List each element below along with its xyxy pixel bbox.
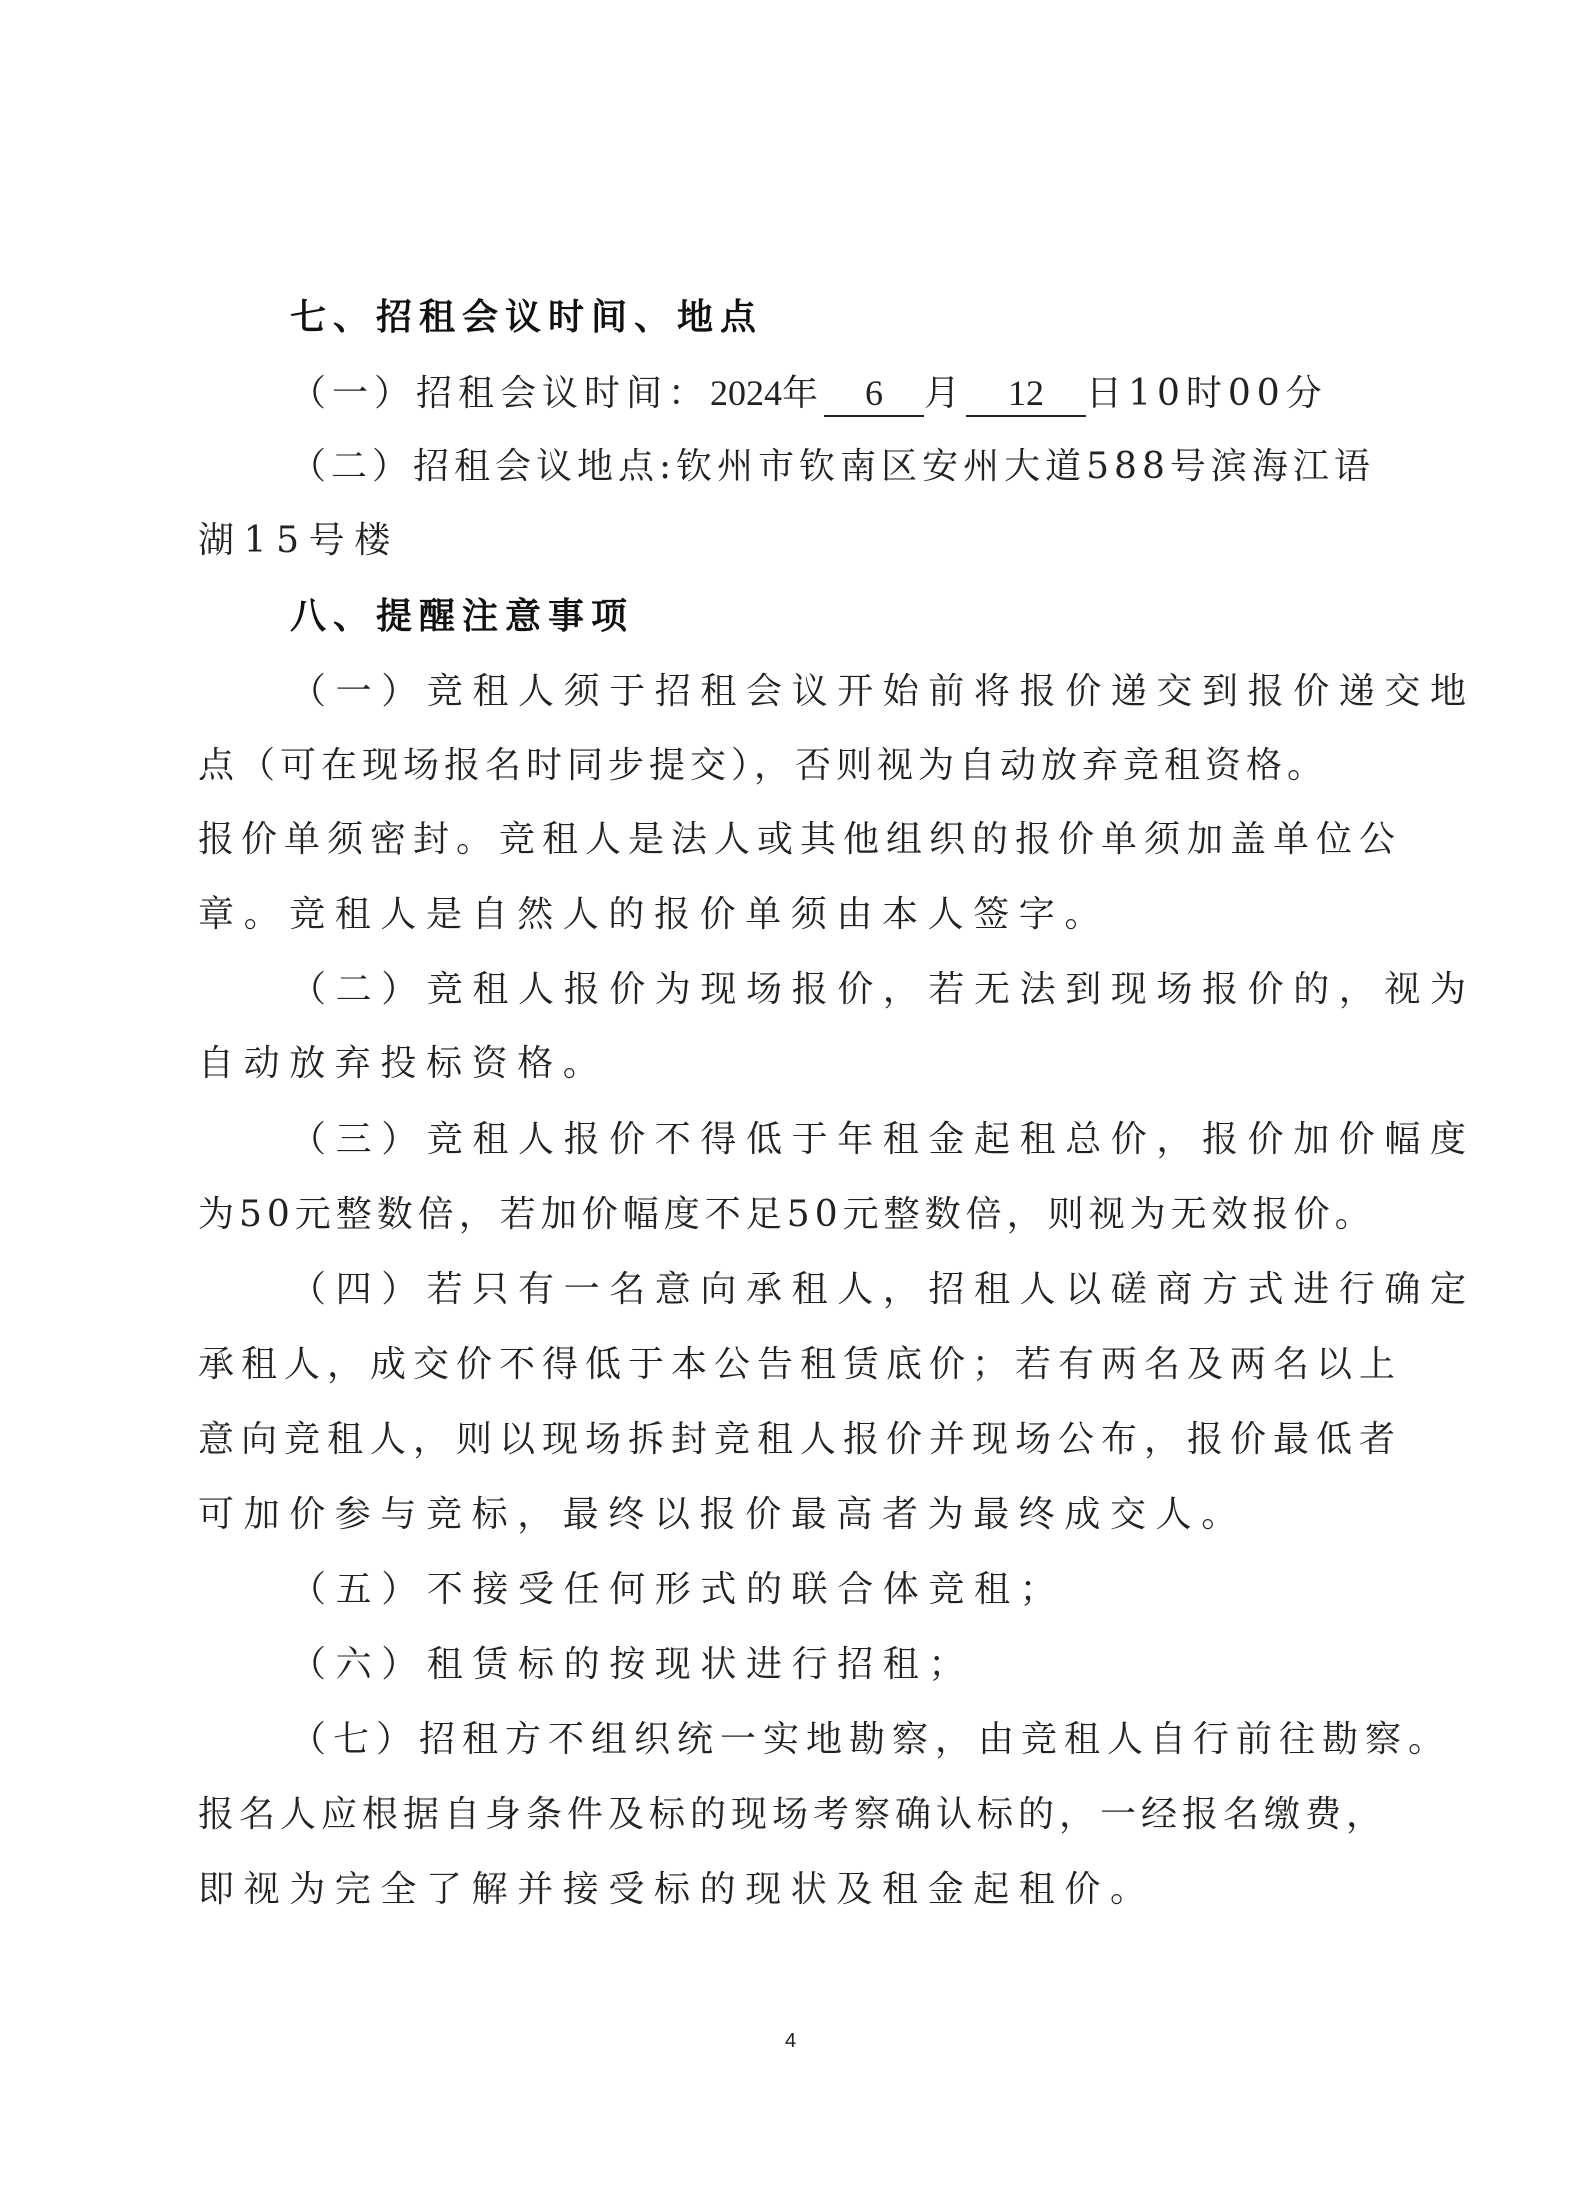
notice-item-3-line-1: （三）竞租人报价不得低于年租金起租总价，报价加价幅度 [290,1110,1400,1170]
year-unit: 年 [782,373,824,414]
notice-item-7-line-3: 即视为完全了解并接受标的现状及租金起租价。 [198,1860,1400,1920]
section-7-heading: 七、招租会议时间、地点 [290,288,1492,348]
month-unit: 月 [924,373,966,414]
meeting-time-line: （一）招租会议时间：2024年6月12日10时00分 [290,363,1400,423]
meeting-time-label: （一）招租会议时间： [290,373,710,414]
notice-item-4-line-1: （四）若只有一名意向承租人，招租人以磋商方式进行确定 [290,1260,1400,1320]
notice-item-1-line-1: （一）竞租人须于招租会议开始前将报价递交到报价递交地 [290,662,1400,722]
notice-item-1-line-2: 点（可在现场报名时同步提交），否则视为自动放弃竞租资格。 [198,736,1400,796]
meeting-location-line-1: （二）招租会议地点:钦州市钦南区安州大道588号滨海江语 [290,437,1400,497]
document-page: 七、招租会议时间、地点 （一）招租会议时间：2024年6月12日10时00分 （… [0,0,1594,2192]
meeting-day-field: 12 [966,371,1086,417]
notice-item-4-line-2: 承租人，成交价不得低于本公告租赁底价；若有两名及两名以上 [198,1335,1400,1395]
notice-item-4-line-3: 意向竞租人，则以现场拆封竞租人报价并现场公布，报价最低者 [198,1410,1400,1470]
notice-item-2-line-1: （二）竞租人报价为现场报价，若无法到现场报价的，视为 [290,960,1400,1020]
page-number: 4 [785,2030,796,2053]
notice-item-2-line-2: 自动放弃投标资格。 [198,1034,1400,1094]
day-unit: 日 [1086,373,1128,414]
notice-item-1-line-4: 章。竞租人是自然人的报价单须由本人签字。 [198,885,1400,945]
meeting-location-line-2: 湖15号楼 [198,511,1400,571]
notice-item-1-line-3: 报价单须密封。竞租人是法人或其他组织的报价单须加盖单位公 [198,810,1400,870]
notice-item-6: （六）租赁标的按现状进行招租； [290,1635,1400,1695]
notice-item-5: （五）不接受任何形式的联合体竞租； [290,1560,1400,1620]
notice-item-4-line-4: 可加价参与竞标，最终以报价最高者为最终成交人。 [198,1485,1400,1545]
section-8-heading: 八、提醒注意事项 [290,587,1492,647]
meeting-month-field: 6 [824,371,924,417]
notice-item-3-line-2: 为50元整数倍，若加价幅度不足50元整数倍，则视为无效报价。 [198,1185,1400,1245]
meeting-year: 2024 [710,373,782,413]
notice-item-7-line-2: 报名人应根据自身条件及标的现场考察确认标的，一经报名缴费， [198,1785,1400,1845]
notice-item-7-line-1: （七）招租方不组织统一实地勘察，由竞租人自行前往勘察。 [290,1710,1400,1770]
meeting-time-rest: 10时00分 [1128,373,1328,414]
